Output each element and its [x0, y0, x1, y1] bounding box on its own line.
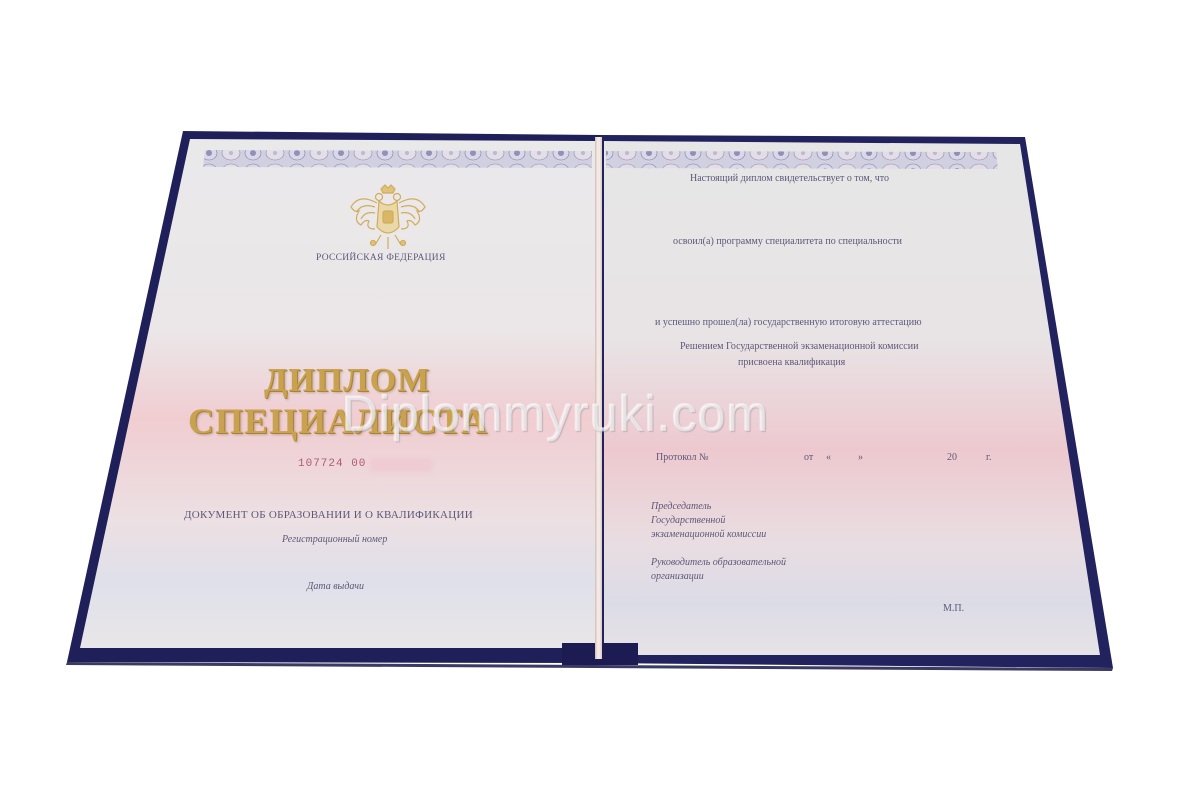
- year-suffix: г.: [986, 452, 991, 463]
- chairman-label-line3: экзаменационной комиссии: [651, 529, 766, 540]
- quote-close: »: [858, 452, 863, 463]
- diploma-photo: РОССИЙСКАЯ ФЕДЕРАЦИЯ ДИПЛОМ СПЕЦИАЛИСТА …: [0, 0, 1200, 800]
- head-label-line2: организации: [651, 571, 704, 582]
- protocol-from-label: от: [804, 452, 813, 463]
- year-prefix: 20: [947, 452, 957, 463]
- stamp-place-label: М.П.: [943, 603, 964, 614]
- quote-open: «: [826, 452, 831, 463]
- chairman-label-line2: Государственной: [651, 515, 725, 526]
- head-label-line1: Руководитель образовательной: [651, 557, 786, 568]
- certifies-text: Настоящий диплом свидетельствует о том, …: [690, 173, 889, 184]
- protocol-label: Протокол №: [656, 452, 709, 463]
- commission-decision-text: Решением Государственной экзаменационной…: [680, 341, 918, 352]
- chairman-label-line1: Председатель: [651, 501, 711, 512]
- passed-attestation-text: и успешно прошел(ла) государственную ито…: [655, 317, 922, 328]
- mastered-program-text: освоил(а) программу специалитета по спец…: [673, 236, 902, 247]
- qualification-awarded-text: присвоена квалификация: [738, 357, 845, 368]
- watermark-text: Diplommyruki.com: [342, 385, 769, 443]
